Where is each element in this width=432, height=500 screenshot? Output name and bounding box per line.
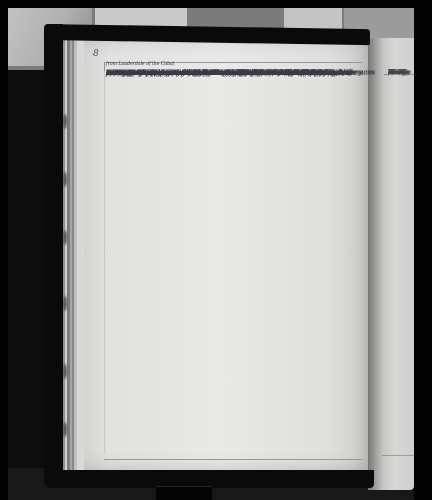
binding-shadow-spot — [63, 422, 67, 437]
binding-shadow-spot — [63, 172, 67, 187]
binding-shadow-spot — [63, 296, 67, 311]
book-cover-left-edge — [44, 24, 63, 480]
binding-shadow-spot — [63, 230, 67, 245]
photo-edge-top — [0, 0, 432, 8]
photo-edge-left — [0, 0, 8, 500]
manuscript-line: d'Estrees to retaliation, - on the Colon… — [106, 66, 264, 80]
facing-page-bottom-rule — [382, 455, 414, 456]
manuscript-text-block: In 1666 Hostilities commencing between E… — [106, 66, 368, 458]
shadow-left-of-book — [8, 70, 46, 472]
facing-page-line-fragment: the ma — [388, 66, 410, 79]
facing-page-fore-edge: downand yDomiThepropreturand thmount-the… — [368, 38, 414, 490]
book-cover-clasp-tab — [156, 486, 212, 500]
footer-rule — [104, 459, 362, 460]
margin-rule — [104, 62, 105, 454]
binding-gutter — [60, 34, 102, 474]
manuscript-photo: downand yDomiThepropreturand thmount-the… — [0, 0, 432, 500]
facing-page-fragments: downand yDomiThepropreturand thmount-the… — [388, 66, 413, 466]
binding-shadow-spot — [63, 114, 67, 129]
page-number: 8 — [93, 49, 99, 59]
binding-shadow-spot — [63, 364, 67, 379]
photo-edge-right — [414, 0, 432, 500]
